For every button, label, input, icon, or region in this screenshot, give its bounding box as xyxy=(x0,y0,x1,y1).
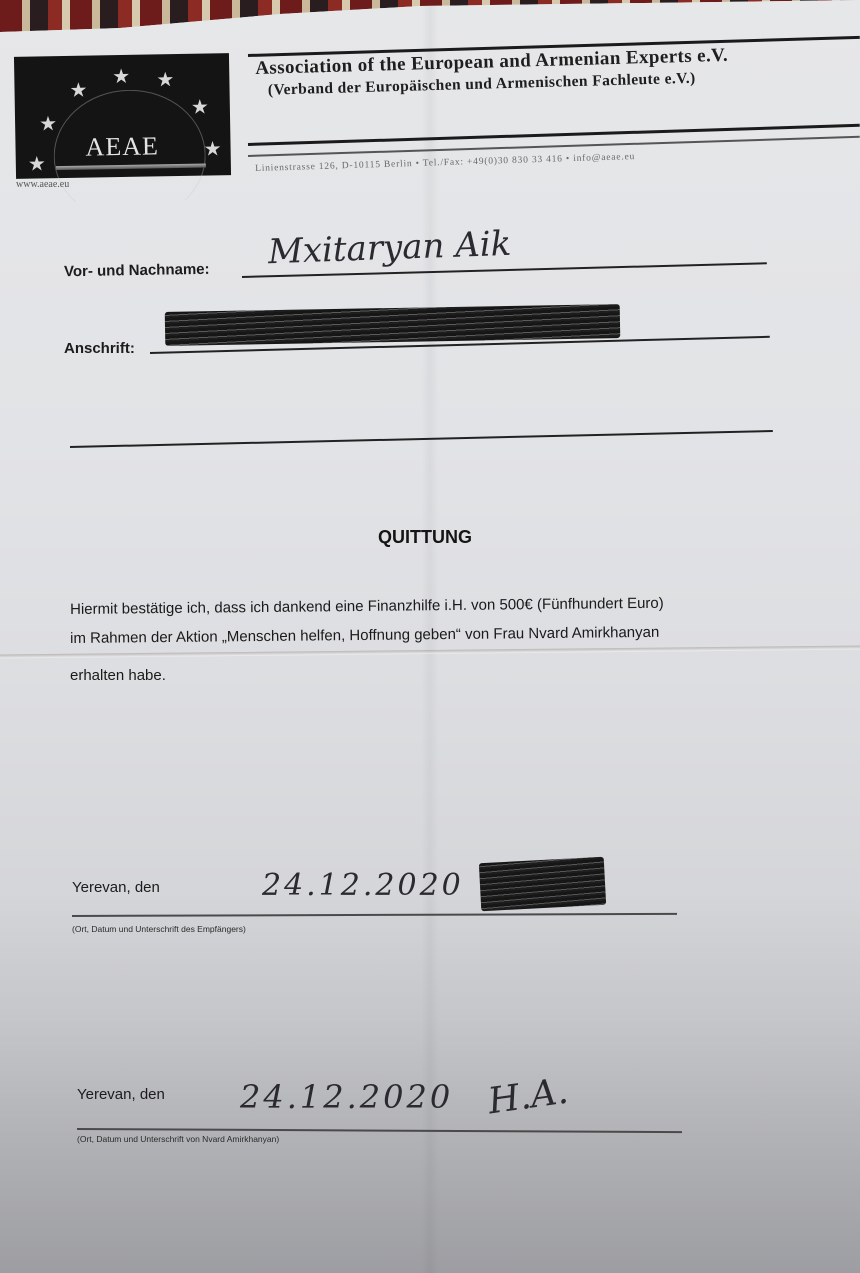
star-icon: ★ xyxy=(28,154,46,174)
recipient-signature-caption: (Ort, Datum und Unterschrift des Empfäng… xyxy=(72,924,246,934)
issuer-date[interactable]: 24.12.2020 xyxy=(240,1078,453,1116)
logo-abbreviation: AEAE xyxy=(85,131,159,162)
recipient-date[interactable]: 24.12.2020 xyxy=(262,868,464,903)
receipt-body-line-3: erhalten habe. xyxy=(70,667,166,684)
website-link[interactable]: www.aeae.eu xyxy=(16,179,69,190)
receipt-title: QUITTUNG xyxy=(378,527,472,548)
issuer-place-label: Yerevan, den xyxy=(77,1086,165,1103)
recipient-signature-redaction xyxy=(479,857,606,911)
address-label: Anschrift: xyxy=(64,340,135,357)
recipient-place-label: Yerevan, den xyxy=(72,879,160,896)
name-field-value[interactable]: Mxitaryan Aik xyxy=(267,224,512,272)
aeae-logo: ★ ★ ★ ★ ★ ★ ★ AEAE xyxy=(14,53,231,179)
star-icon: ★ xyxy=(39,114,57,134)
star-icon: ★ xyxy=(156,70,174,90)
star-icon: ★ xyxy=(112,67,130,87)
issuer-signature-caption: (Ort, Datum und Unterschrift von Nvard A… xyxy=(77,1134,279,1144)
star-icon: ★ xyxy=(191,97,209,117)
star-icon: ★ xyxy=(203,139,221,159)
name-label: Vor- und Nachname: xyxy=(64,261,210,281)
star-icon: ★ xyxy=(69,81,87,101)
